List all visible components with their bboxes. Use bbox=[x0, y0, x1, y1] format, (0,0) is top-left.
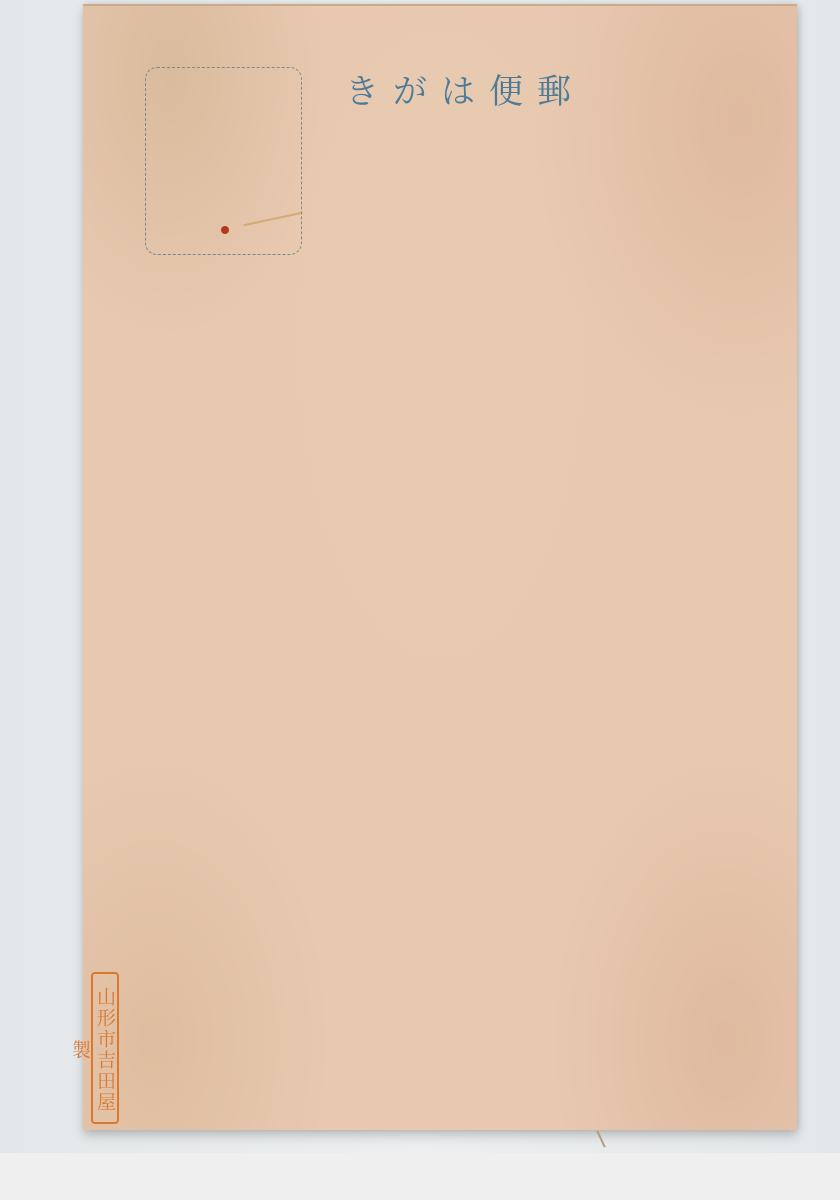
footer-band bbox=[0, 1153, 840, 1200]
postcard-title: 郵便はがき bbox=[345, 64, 585, 113]
stain-spot bbox=[221, 226, 229, 234]
publisher-seal: 山形市吉田屋製 bbox=[91, 972, 119, 1124]
postcard-back: 郵便はがき 山形市吉田屋製 bbox=[83, 4, 797, 1130]
